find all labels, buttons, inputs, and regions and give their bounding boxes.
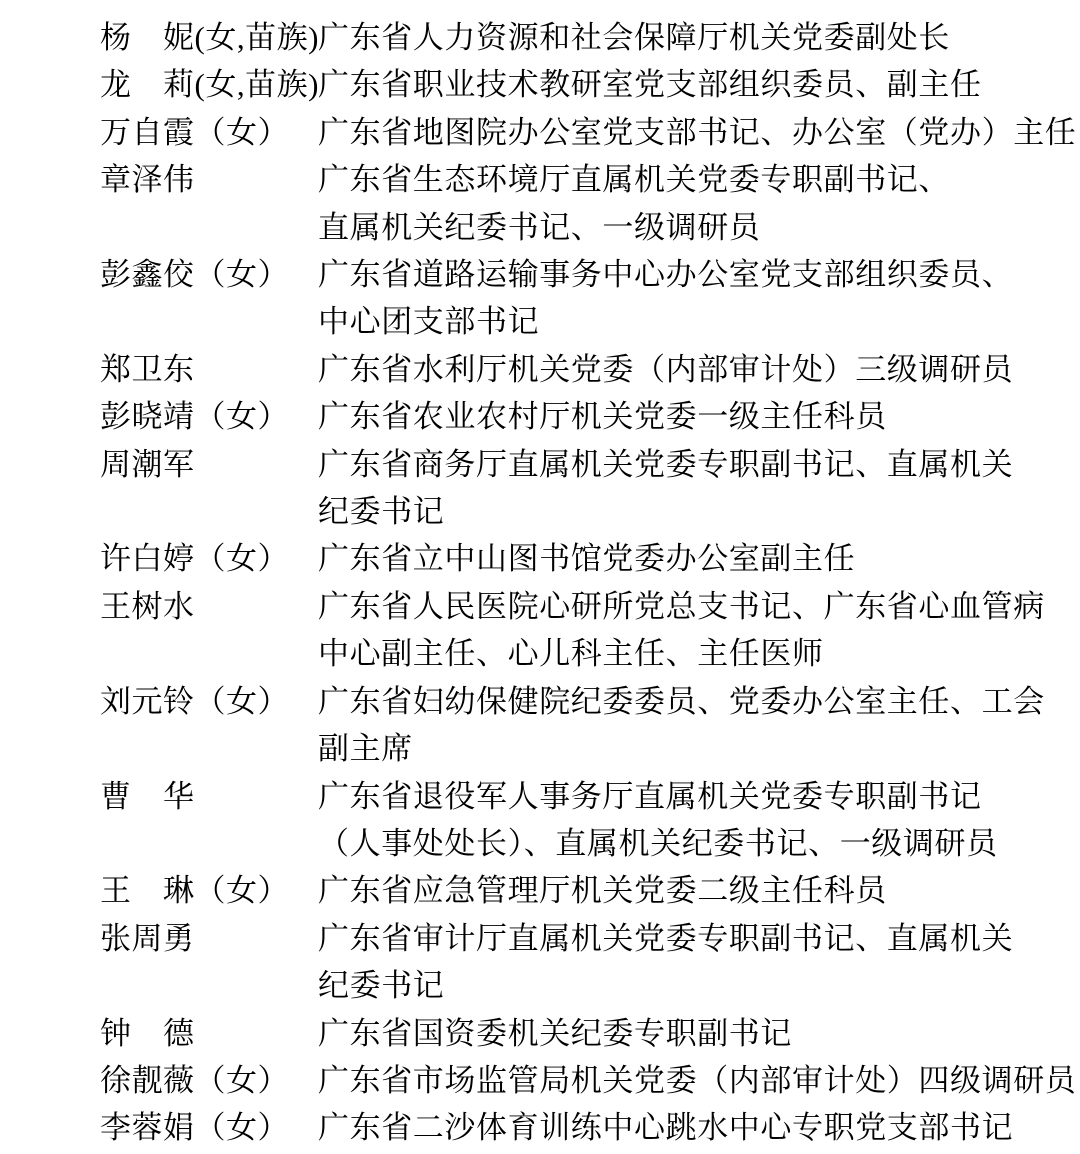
entry-position: 广东省二沙体育训练中心跳水中心专职党支部书记 (318, 1104, 1080, 1151)
entry-position: 广东省农业农村厅机关党委一级主任科员 (318, 393, 1080, 440)
entry-row: 郑卫东广东省水利厅机关党委（内部审计处）三级调研员 (100, 346, 1080, 393)
entry-position-line: 中心副主任、心儿科主任、主任医师 (318, 630, 1080, 677)
entry-name: 王 琳（女） (100, 867, 318, 914)
entry-position: 广东省人力资源和社会保障厅机关党委副处长 (318, 14, 1080, 61)
entry-position-line: 广东省应急管理厅机关党委二级主任科员 (318, 867, 1080, 914)
entry-row: 张周勇广东省审计厅直属机关党委专职副书记、直属机关纪委书记 (100, 915, 1080, 1010)
entry-name: 李蓉娟（女） (100, 1104, 318, 1151)
entry-name: 徐靓薇（女） (100, 1057, 318, 1104)
entry-position-line: 纪委书记 (318, 488, 1080, 535)
entry-row: 徐靓薇（女）广东省市场监管局机关党委（内部审计处）四级调研员 (100, 1057, 1080, 1104)
entry-position: 广东省国资委机关纪委专职副书记 (318, 1010, 1080, 1057)
entry-position: 广东省妇幼保健院纪委委员、党委办公室主任、工会副主席 (318, 678, 1080, 773)
entry-name: 彭晓靖（女） (100, 393, 318, 440)
entry-position-line: 中心团支部书记 (318, 298, 1080, 345)
entry-position: 广东省水利厅机关党委（内部审计处）三级调研员 (318, 346, 1080, 393)
entry-row: 彭晓靖（女）广东省农业农村厅机关党委一级主任科员 (100, 393, 1080, 440)
entry-position: 广东省应急管理厅机关党委二级主任科员 (318, 867, 1080, 914)
entry-position-line: 广东省国资委机关纪委专职副书记 (318, 1010, 1080, 1057)
entry-name: 张周勇 (100, 915, 318, 962)
entry-position-line: 广东省地图院办公室党支部书记、办公室（党办）主任 (318, 109, 1080, 156)
entry-name: 万自霞（女） (100, 109, 318, 156)
entry-position-line: 广东省退役军人事务厅直属机关党委专职副书记 (318, 773, 1080, 820)
entry-row: 李蓉娟（女）广东省二沙体育训练中心跳水中心专职党支部书记 (100, 1104, 1080, 1151)
entry-position: 广东省商务厅直属机关党委专职副书记、直属机关纪委书记 (318, 441, 1080, 536)
entry-name: 龙 莉(女,苗族) (100, 61, 318, 108)
entry-row: 王树水广东省人民医院心研所党总支书记、广东省心血管病中心副主任、心儿科主任、主任… (100, 583, 1080, 678)
entry-position: 广东省职业技术教研室党支部组织委员、副主任 (318, 61, 1080, 108)
entry-name: 王树水 (100, 583, 318, 630)
entry-row: 龙 莉(女,苗族)广东省职业技术教研室党支部组织委员、副主任 (100, 61, 1080, 108)
entry-row: 刘元铃（女）广东省妇幼保健院纪委委员、党委办公室主任、工会副主席 (100, 678, 1080, 773)
entry-row: 曹 华广东省退役军人事务厅直属机关党委专职副书记（人事处处长）、直属机关纪委书记… (100, 773, 1080, 868)
entry-row: 王 琳（女）广东省应急管理厅机关党委二级主任科员 (100, 867, 1080, 914)
entry-name: 许白婷（女） (100, 535, 318, 582)
entry-position-line: 纪委书记 (318, 962, 1080, 1009)
entry-position: 广东省退役军人事务厅直属机关党委专职副书记（人事处处长）、直属机关纪委书记、一级… (318, 773, 1080, 868)
entry-position-line: 广东省道路运输事务中心办公室党支部组织委员、 (318, 251, 1080, 298)
entry-name: 曹 华 (100, 773, 318, 820)
entry-name: 杨 妮(女,苗族) (100, 14, 318, 61)
entry-row: 周潮军广东省商务厅直属机关党委专职副书记、直属机关纪委书记 (100, 441, 1080, 536)
entry-row: 彭鑫佼（女）广东省道路运输事务中心办公室党支部组织委员、中心团支部书记 (100, 251, 1080, 346)
entry-position-line: （人事处处长）、直属机关纪委书记、一级调研员 (318, 820, 1080, 867)
entry-row: 钟 德广东省国资委机关纪委专职副书记 (100, 1010, 1080, 1057)
entry-position-line: 广东省审计厅直属机关党委专职副书记、直属机关 (318, 915, 1080, 962)
entry-row: 许白婷（女）广东省立中山图书馆党委办公室副主任 (100, 535, 1080, 582)
entry-position-line: 广东省生态环境厅直属机关党委专职副书记、 (318, 156, 1080, 203)
entry-row: 杨 妮(女,苗族)广东省人力资源和社会保障厅机关党委副处长 (100, 14, 1080, 61)
entry-position: 广东省市场监管局机关党委（内部审计处）四级调研员 (318, 1057, 1080, 1104)
entry-position: 广东省地图院办公室党支部书记、办公室（党办）主任 (318, 109, 1080, 156)
entry-name: 周潮军 (100, 441, 318, 488)
entry-row: 万自霞（女）广东省地图院办公室党支部书记、办公室（党办）主任 (100, 109, 1080, 156)
entry-position-line: 直属机关纪委书记、一级调研员 (318, 204, 1080, 251)
entry-position: 广东省立中山图书馆党委办公室副主任 (318, 535, 1080, 582)
entry-position-line: 广东省农业农村厅机关党委一级主任科员 (318, 393, 1080, 440)
document-page: 杨 妮(女,苗族)广东省人力资源和社会保障厅机关党委副处长龙 莉(女,苗族)广东… (0, 0, 1080, 1154)
entry-position: 广东省道路运输事务中心办公室党支部组织委员、中心团支部书记 (318, 251, 1080, 346)
entry-name: 章泽伟 (100, 156, 318, 203)
entry-position: 广东省审计厅直属机关党委专职副书记、直属机关纪委书记 (318, 915, 1080, 1010)
entry-row: 章泽伟广东省生态环境厅直属机关党委专职副书记、直属机关纪委书记、一级调研员 (100, 156, 1080, 251)
entry-position-line: 广东省妇幼保健院纪委委员、党委办公室主任、工会 (318, 678, 1080, 725)
entry-name: 钟 德 (100, 1010, 318, 1057)
entry-position: 广东省生态环境厅直属机关党委专职副书记、直属机关纪委书记、一级调研员 (318, 156, 1080, 251)
entry-position-line: 副主席 (318, 725, 1080, 772)
entry-position-line: 广东省二沙体育训练中心跳水中心专职党支部书记 (318, 1104, 1080, 1151)
entry-name: 郑卫东 (100, 346, 318, 393)
entries-list: 杨 妮(女,苗族)广东省人力资源和社会保障厅机关党委副处长龙 莉(女,苗族)广东… (100, 14, 1080, 1152)
entry-position-line: 广东省职业技术教研室党支部组织委员、副主任 (318, 61, 1080, 108)
entry-position-line: 广东省水利厅机关党委（内部审计处）三级调研员 (318, 346, 1080, 393)
entry-position-line: 广东省市场监管局机关党委（内部审计处）四级调研员 (318, 1057, 1080, 1104)
entry-name: 彭鑫佼（女） (100, 251, 318, 298)
entry-position-line: 广东省人力资源和社会保障厅机关党委副处长 (318, 14, 1080, 61)
entry-position-line: 广东省人民医院心研所党总支书记、广东省心血管病 (318, 583, 1080, 630)
entry-position-line: 广东省立中山图书馆党委办公室副主任 (318, 535, 1080, 582)
entry-name: 刘元铃（女） (100, 678, 318, 725)
entry-position-line: 广东省商务厅直属机关党委专职副书记、直属机关 (318, 441, 1080, 488)
entry-position: 广东省人民医院心研所党总支书记、广东省心血管病中心副主任、心儿科主任、主任医师 (318, 583, 1080, 678)
